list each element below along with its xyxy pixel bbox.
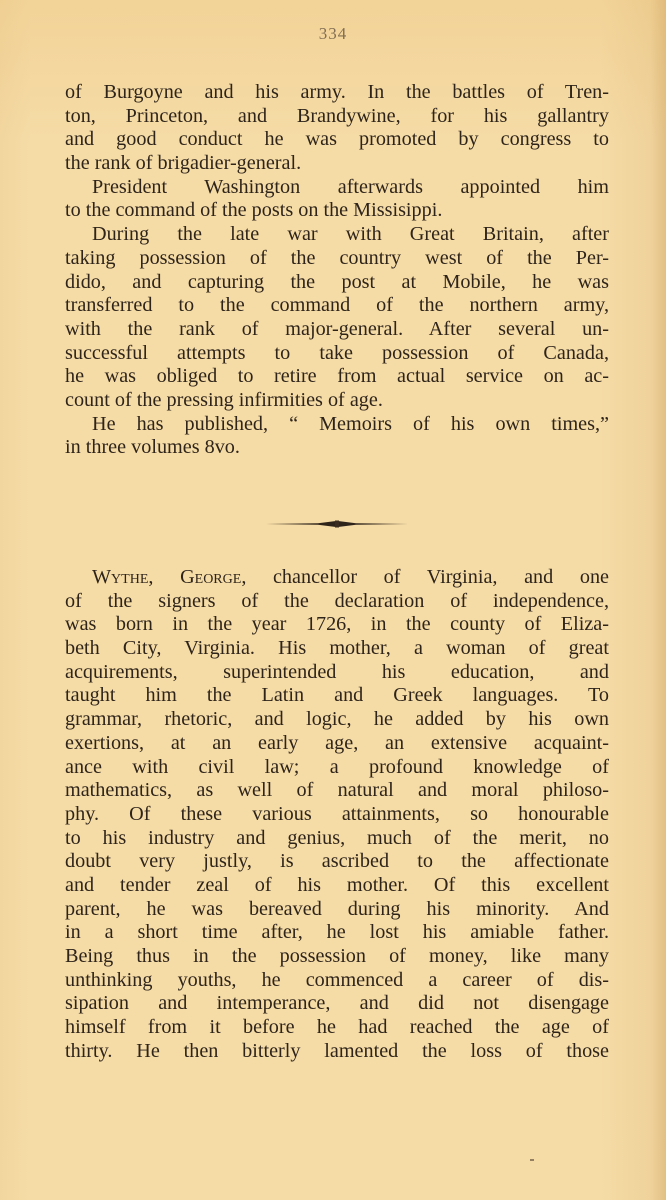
text-line: beth City, Virginia. His mother, a woman… [65,637,609,661]
continued-section: of Burgoyne and his army. In the battles… [65,81,609,460]
text-line: doubt very justly, is ascribed to the af… [65,850,609,874]
text-line: unthinking youths, he commenced a career… [65,969,609,993]
text-line: himself from it before he had reached th… [65,1016,609,1040]
biography-entry-wythe: Wythe, George, chancellor of Virginia, a… [65,566,609,1063]
text-line: to his industry and genius, much of the … [65,827,609,851]
text-line: phy. Of these various attainments, so ho… [65,803,609,827]
text-line: he was obliged to retire from actual ser… [65,365,609,389]
text-line: sipation and intemperance, and did not d… [65,992,609,1016]
paragraph: He has published, “ Memoirs of his own t… [65,413,609,460]
text-line: to the command of the posts on the Missi… [65,199,609,223]
text-line: and good conduct he was promoted by cong… [65,128,609,152]
text-line: mathematics, as well of natural and mora… [65,779,609,803]
text-line: exertions, at an early age, an extensive… [65,732,609,756]
text-line: and tender zeal of his mother. Of this e… [65,874,609,898]
text-line: thirty. He then bitterly lamented the lo… [65,1040,609,1064]
text-line: During the late war with Great Britain, … [65,223,609,247]
entry-first-line: Wythe, George, chancellor of Virginia, a… [65,566,609,590]
text-line: ton, Princeton, and Brandywine, for his … [65,105,609,129]
paper-speck [530,1159,534,1161]
text-line: President Washington afterwards appointe… [65,176,609,200]
paragraph: of Burgoyne and his army. In the battles… [65,81,609,176]
text-line: of the signers of the declaration of ind… [65,590,609,614]
paragraph: During the late war with Great Britain, … [65,223,609,413]
text-line: taking possession of the country west of… [65,247,609,271]
text-line: in three volumes 8vo. [65,436,609,460]
text-line: taught him the Latin and Greek languages… [65,684,609,708]
text-line: transferred to the command of the northe… [65,294,609,318]
paragraph: President Washington afterwards appointe… [65,176,609,223]
text-line: acquirements, superintended his educatio… [65,661,609,685]
text-line: He has published, “ Memoirs of his own t… [65,413,609,437]
book-page: 334 of Burgoyne and his army. In the bat… [0,0,666,1200]
text-line: dido, and capturing the post at Mobile, … [65,271,609,295]
text-line: the rank of brigadier-general. [65,152,609,176]
text-line: successful attempts to take possession o… [65,342,609,366]
page-number: 334 [0,24,666,44]
headword-surname: Wythe [92,566,148,588]
headword-given-name: George [180,566,241,588]
text-line: grammar, rhetoric, and logic, he added b… [65,708,609,732]
text-line: in a short time after, he lost his amiab… [65,921,609,945]
text-line: was born in the year 1726, in the county… [65,613,609,637]
text-line: of Burgoyne and his army. In the battles… [65,81,609,105]
text-line: count of the pressing infirmities of age… [65,389,609,413]
text-line: with the rank of major-general. After se… [65,318,609,342]
text-line: parent, he was bereaved during his minor… [65,898,609,922]
first-line-text: , chancellor of Virginia, and one [241,566,609,588]
text-line: Being thus in the possession of money, l… [65,945,609,969]
text-line: ance with civil law; a profound knowledg… [65,756,609,780]
ornamental-rule-icon [266,520,408,528]
